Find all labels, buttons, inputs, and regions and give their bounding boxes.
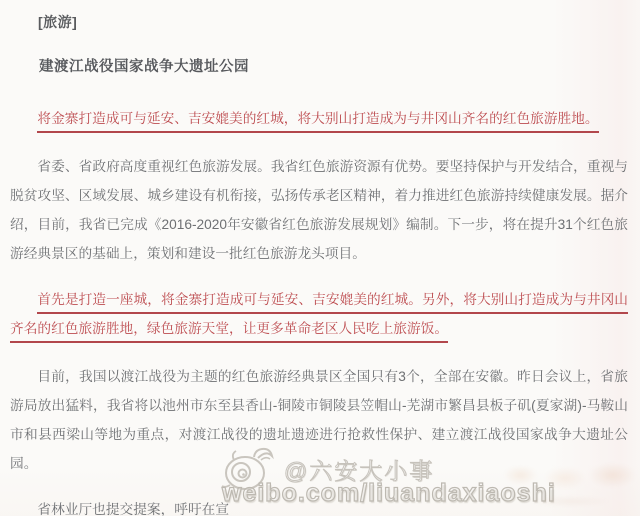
article-page: [旅游] 建渡江战役国家战争大遗址公园 将金寨打造成可与延安、吉安媲美的红城，将… [0, 0, 640, 516]
highlight-underlined-text-1: 将金寨打造成可与延安、吉安媲美的红城，将大别山打造成为与井冈山齐名的红色旅游胜地… [37, 111, 598, 133]
body-paragraph-2: 目前，我国以渡江战役为主题的红色旅游经典景区全国只有3个，全部在安徽。昨日会议上… [10, 362, 628, 478]
highlighted-paragraph-2: 首先是打造一座城，将金寨打造成可与延安、吉安媲美的红城。另外，将大别山打造成为与… [10, 285, 628, 343]
highlight-underlined-text-2: 首先是打造一座城，将金寨打造成可与延安、吉安媲美的红城。另外，将大别山打造成为与… [10, 292, 628, 343]
body-paragraph-3-partial: 省林业厅也提交提案，呼吁在宣 [10, 495, 628, 516]
section-tag: [旅游] [10, 12, 629, 32]
article-headline: 建渡江战役国家战争大遗址公园 [10, 56, 629, 78]
body-paragraph-1: 省委、省政府高度重视红色旅游发展。我省红色旅游资源有优势。要坚持保护与开发结合，… [10, 152, 628, 268]
highlighted-paragraph-1: 将金寨打造成可与延安、吉安媲美的红城，将大别山打造成为与井冈山齐名的红色旅游胜地… [10, 104, 628, 133]
